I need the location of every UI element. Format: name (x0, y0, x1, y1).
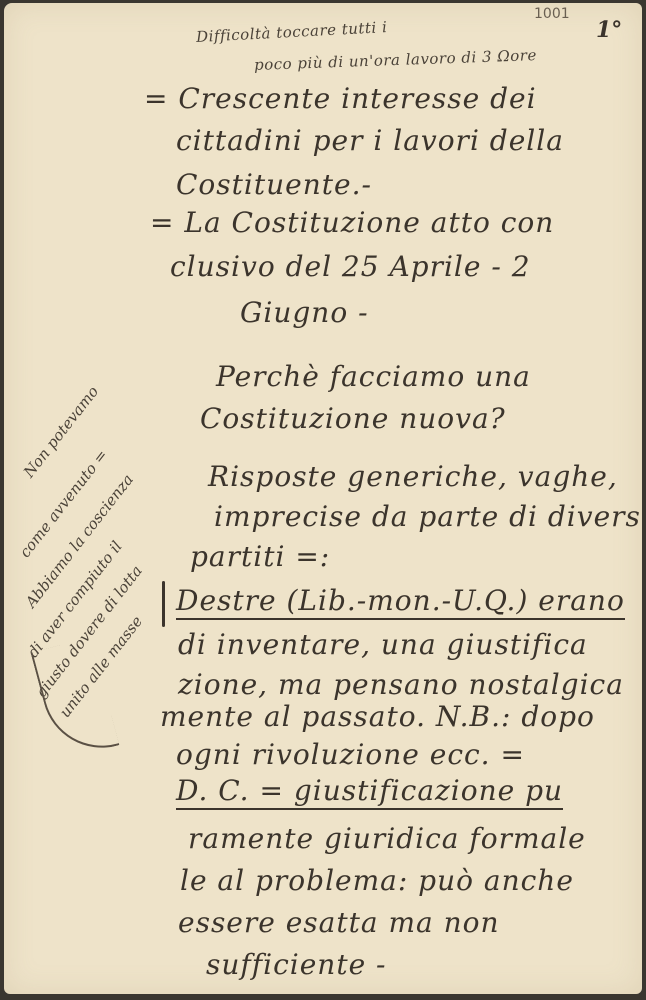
header-note-1: Difficoltà toccare tutti i (196, 20, 388, 45)
body-line-15: mente al passato. N.B.: dopo (160, 703, 595, 731)
body-line-14: zione, ma pensano nostalgica (178, 671, 624, 699)
page-number: 1° (596, 19, 622, 41)
body-line-13: di inventare, una giustifica (178, 631, 588, 659)
body-line-16: ogni rivoluzione ecc. = (176, 741, 525, 769)
body-line-10: imprecise da parte di diversi (214, 503, 642, 531)
body-line-17: D. C. = giustificazione pu (176, 777, 563, 805)
body-line-5: clusivo del 25 Aprile - 2 (170, 253, 531, 281)
body-line-3: Costituente.- (176, 171, 372, 199)
body-line-12: Destre (Lib.-mon.-U.Q.) erano (176, 587, 625, 615)
body-line-9: Risposte generiche, vaghe, (208, 463, 618, 491)
archive-number: 1001 (534, 7, 570, 21)
body-line-20: essere esatta ma non (178, 909, 500, 937)
manuscript-page: 1001 1° Difficoltà toccare tutti i poco … (4, 3, 642, 994)
header-note-2: poco più di un'ora lavoro di 3 Ωore (254, 48, 537, 73)
bracket-mark (162, 581, 165, 627)
body-line-11: partiti =: (190, 543, 330, 571)
body-line-19: le al problema: può anche (180, 867, 574, 895)
body-line-8: Costituzione nuova? (200, 405, 506, 433)
body-line-7: Perchè facciamo una (216, 363, 531, 391)
body-line-2: cittadini per i lavori della (176, 127, 564, 155)
body-line-21: sufficiente - (206, 951, 387, 979)
body-line-4: = La Costituzione atto con (150, 209, 554, 237)
body-line-1: = Crescente interesse dei (144, 85, 537, 113)
body-line-6: Giugno - (240, 299, 369, 327)
body-line-18: ramente giuridica formale (188, 825, 586, 853)
